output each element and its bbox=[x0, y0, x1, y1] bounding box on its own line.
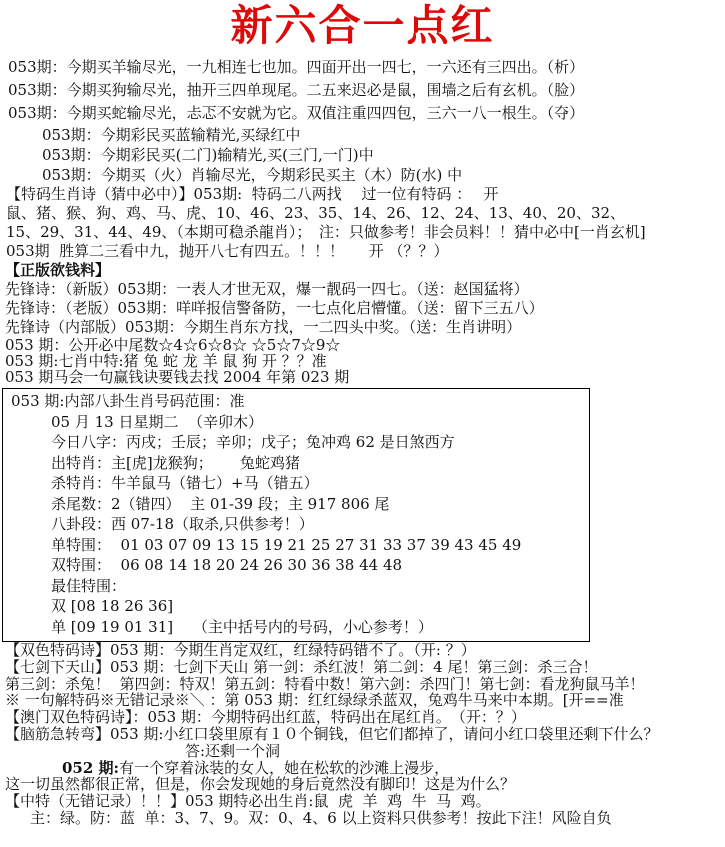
bagua-line: 杀尾数：2（错四） 主 01-39 段；主 917 806 尾 bbox=[3, 494, 589, 515]
shengsuan-line: 053期 胜算二三看中九，抛开八七有四五。！！！ 开 （？？） bbox=[0, 242, 725, 261]
zhengban-header: 【正版欲钱料】 bbox=[0, 261, 725, 280]
weishu-section: 053 期：公开必中尾数☆4☆6☆8☆ ☆5☆7☆9☆ 053 期:七肖中特:猪… bbox=[0, 337, 725, 385]
q052-text: 有一个穿着泳装的女人，她在松软的沙滩上漫步， bbox=[119, 759, 449, 777]
tema-shengxiao-section: 【特码生肖诗（猜中必中）】053期: 特码二八两找 过一位有特码 ： 开 鼠、猪… bbox=[0, 185, 725, 261]
qijian-line: 【七剑下天山】053 期：七剑下天山 第一剑：杀红波！第二剑：4 尾！第三剑：杀… bbox=[0, 659, 725, 676]
zhengban-section: 【正版欲钱料】 先锋诗：（新版）053期：一表人才世无双，爆一靓码一四七。（送：… bbox=[0, 261, 725, 337]
bagua-line: 出特肖：主[虎]龙猴狗； 兔蛇鸡猪 bbox=[3, 453, 589, 474]
q052-line2: 这一切虽然都很正常，但是，你会发现她的身后竟然没有脚印！这是为什么？ bbox=[0, 776, 725, 793]
caimin-line: 053期：今期彩民买蓝输精光,买绿红中 bbox=[0, 125, 725, 145]
xianfeng-line: 先锋诗（内部版）053期：今期生肖东方找，一二四头中奖。（送：生肖讲明） bbox=[0, 318, 725, 337]
xianfeng-line: 先锋诗：（新版）053期：一表人才世无双，爆一靓码一四七。（送：赵国猛将） bbox=[0, 280, 725, 299]
q052-label: 052 期: bbox=[62, 759, 119, 777]
bagua-line: 最佳特围： bbox=[3, 576, 589, 597]
yiju-line: ※ 一句解特码※无错记录※＼ ：第 053 期：红红绿绿杀蓝双，兔鸡牛马来中本期… bbox=[0, 692, 725, 709]
mahui-line: 053 期马会一句赢钱诀要钱去找 2004 年第 023 期 bbox=[0, 369, 725, 385]
shuangse-line: 【双色特码诗】053 期：今期生肖定双红，红绿特码错不了。（开: ？） bbox=[0, 642, 725, 659]
lottery-tip-sheet: 新六合一点红 053期：今期买羊输尽光，一九相连七也加。四面开出一四七，一六还有… bbox=[0, 0, 725, 847]
zhongte-line: 【中特（无错记录）！！】053 期特必出生肖:鼠 虎 羊 鸡 牛 马 鸡。 bbox=[0, 793, 725, 810]
caimin-section: 053期：今期彩民买蓝输精光,买绿红中 053期：今期彩民买(二门)输精光,买(… bbox=[0, 125, 725, 185]
weishu-line: 053 期：公开必中尾数☆4☆6☆8☆ ☆5☆7☆9☆ bbox=[0, 337, 725, 353]
caimin-line: 053期：今期彩民买(二门)输精光,买(三门,一门)中 bbox=[0, 145, 725, 165]
bottom-section: 【双色特码诗】053 期：今期生肖定双红，红绿特码错不了。（开: ？） 【七剑下… bbox=[0, 642, 725, 827]
q052-line: 052 期:有一个穿着泳装的女人，她在松软的沙滩上漫步， bbox=[0, 760, 725, 777]
zodiac-number-row: 15、29、31、44、49、（本期可稳杀龍肖）； 注：只做参考！非会员料！！猜… bbox=[0, 223, 725, 242]
bagua-line: 双 [08 18 26 36] bbox=[3, 596, 589, 617]
bagua-line: 053 期:内部八卦生肖号码范围：准 bbox=[3, 391, 589, 412]
bagua-line: 八卦段：西 07-18（取杀,只供参考！） bbox=[3, 514, 589, 535]
tema-header: 【特码生肖诗（猜中必中）】053期: 特码二八两找 过一位有特码 ： 开 bbox=[0, 185, 725, 204]
bagua-line: 今日八字：丙戌；壬辰；辛卯；戊子；兔冲鸡 62 是日煞西方 bbox=[3, 432, 589, 453]
xianfeng-line: 先锋诗：（老版）053期：咩咩报信警备防，一七点化启懵懂。（送：留下三五八） bbox=[0, 299, 725, 318]
footer-line: 主：绿。防：蓝 单：3、7、9。双：0、4、6 以上资料只供参考！按此下注！风险… bbox=[0, 810, 725, 827]
bagua-line: 单 [09 19 01 31] （主中括号内的号码，小心参考！） bbox=[3, 617, 589, 638]
bagua-line: 杀特肖：牛羊鼠马（错七）+马（错五） bbox=[3, 473, 589, 494]
caimin-line: 053期：今期买（火）肖输尽光，今期彩民买主（木）防(水) 中 bbox=[0, 165, 725, 185]
bagua-box: 053 期:内部八卦生肖号码范围：准 05 月 13 日星期二 （辛卯木） 今日… bbox=[2, 388, 590, 642]
qijian-line: 第三剑：杀兔！ 第四剑：特双！第五剑：特看中数！第六剑：杀四门！第七剑：看龙狗鼠… bbox=[0, 676, 725, 693]
poem-line: 053期：今期买羊输尽光，一九相连七也加。四面开出一四七，一六还有三四出。（析） bbox=[0, 56, 725, 79]
bagua-line: 单特围： 01 03 07 09 13 15 19 21 25 27 31 33… bbox=[3, 535, 589, 556]
qixiao-line: 053 期:七肖中特:猪 兔 蛇 龙 羊 鼠 狗 开 ？？准 bbox=[0, 353, 725, 369]
poem-line: 053期：今期买狗输尽光，抽开三四单现尾。二五来迟必是鼠，围墙之后有玄机。（脸） bbox=[0, 79, 725, 102]
bagua-line: 双特围： 06 08 14 18 20 24 26 30 36 38 44 48 bbox=[3, 555, 589, 576]
aomen-line: 【澳门双色特码诗】：053 期：今期特码出红蓝，特码出在尾红肖。 （开：？） bbox=[0, 709, 725, 726]
bagua-line: 05 月 13 日星期二 （辛卯木） bbox=[3, 412, 589, 433]
poem-line: 053期：今期买蛇输尽光，忐忑不安就为它。双值注重四四包，三六一八一根生。（夺） bbox=[0, 102, 725, 125]
page-title: 新六合一点红 bbox=[0, 0, 725, 56]
zodiac-number-row: 鼠、猪、猴、狗、鸡、马、虎、10、46、23、35、14、26、12、24、13… bbox=[0, 204, 725, 223]
naojin-line: 【脑筋急转弯】053 期:小红口袋里原有１０个铜钱，但它们都掉了，请问小红口袋里… bbox=[0, 726, 725, 743]
poem-section: 053期：今期买羊输尽光，一九相连七也加。四面开出一四七，一六还有三四出。（析）… bbox=[0, 56, 725, 125]
naojin-answer: 答:还剩一个洞 bbox=[0, 743, 725, 760]
